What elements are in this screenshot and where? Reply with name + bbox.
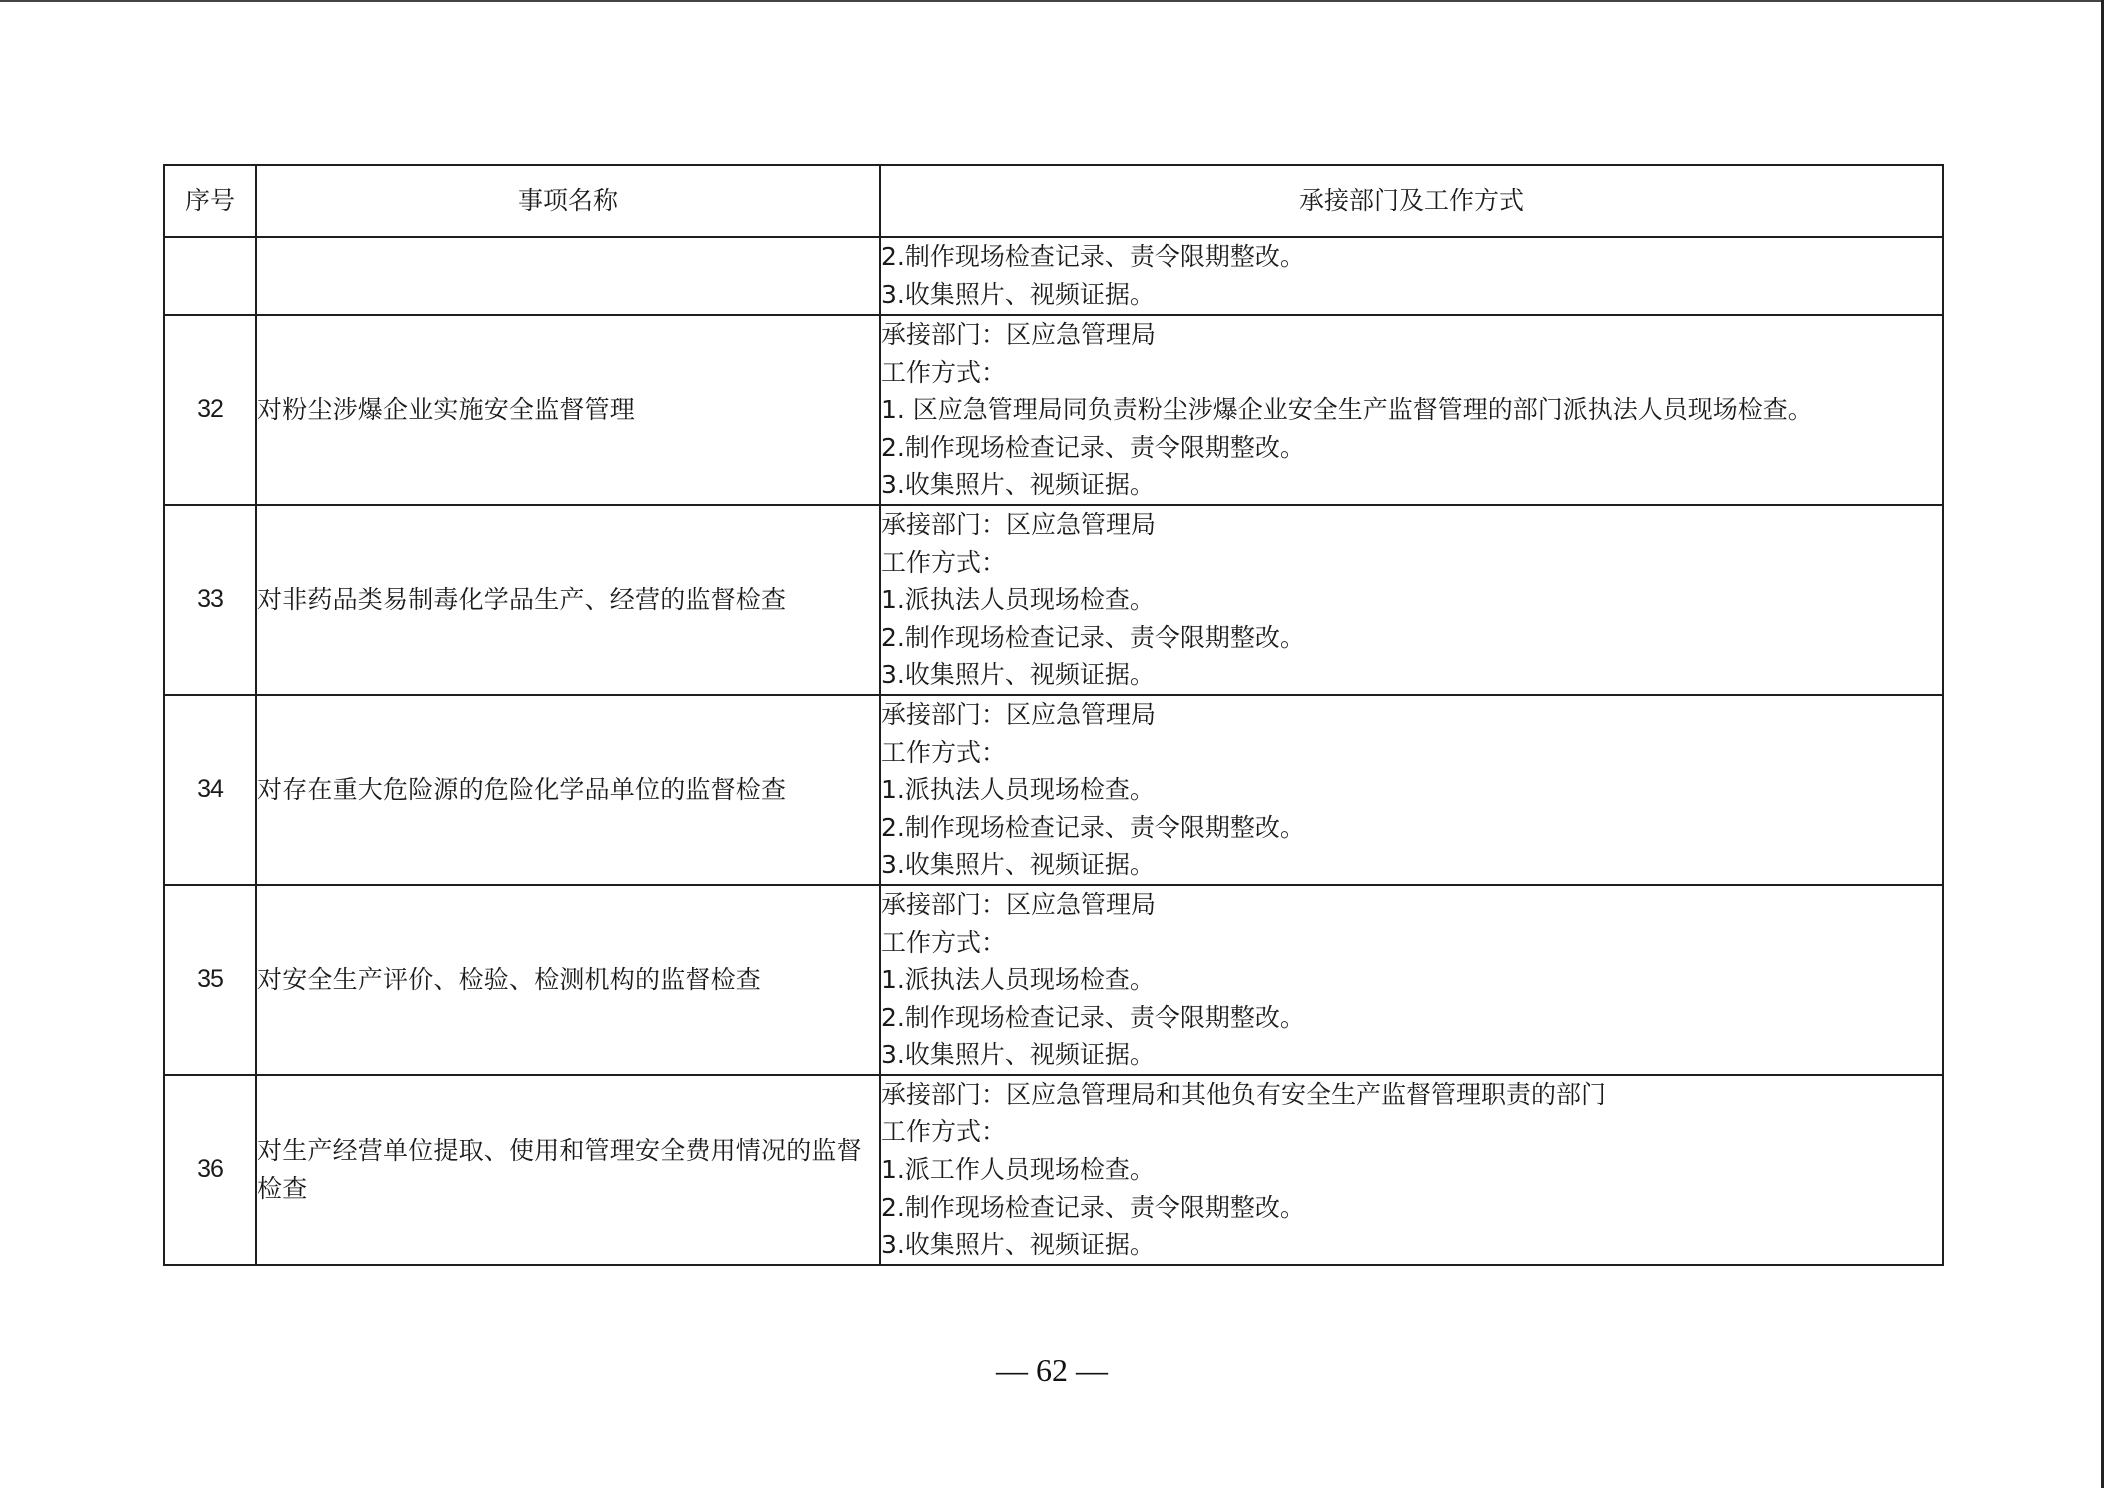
method-step-line: 3.收集照片、视频证据。 — [881, 846, 1942, 884]
cell-method: 承接部门：区应急管理局 工作方式： 1.派执法人员现场检查。 2.制作现场检查记… — [880, 695, 1943, 885]
method-step-line: 2.制作现场检查记录、责令限期整改。 — [881, 429, 1942, 467]
table-row: 33 对非药品类易制毒化学品生产、经营的监督检查 承接部门：区应急管理局 工作方… — [164, 505, 1943, 695]
method-step-line: 2.制作现场检查记录、责令限期整改。 — [881, 999, 1942, 1037]
table-row: 34 对存在重大危险源的危险化学品单位的监督检查 承接部门：区应急管理局 工作方… — [164, 695, 1943, 885]
method-department-line: 承接部门：区应急管理局 — [881, 886, 1942, 924]
header-name: 事项名称 — [256, 165, 880, 237]
table-row: 32 对粉尘涉爆企业实施安全监督管理 承接部门：区应急管理局 工作方式： 1. … — [164, 315, 1943, 505]
table-row-continuation: 2.制作现场检查记录、责令限期整改。 3.收集照片、视频证据。 — [164, 237, 1943, 315]
method-label-line: 工作方式： — [881, 354, 1942, 392]
method-step-line: 1.派工作人员现场检查。 — [881, 1151, 1942, 1189]
method-department-line: 承接部门：区应急管理局 — [881, 696, 1942, 734]
method-label-line: 工作方式： — [881, 924, 1942, 962]
method-label-line: 工作方式： — [881, 734, 1942, 772]
cell-name: 对粉尘涉爆企业实施安全监督管理 — [256, 315, 880, 505]
cell-seq: 36 — [164, 1075, 256, 1265]
page-top-edge — [0, 0, 2104, 2]
header-seq: 序号 — [164, 165, 256, 237]
cell-method: 承接部门：区应急管理局 工作方式： 1. 区应急管理局同负责粉尘涉爆企业安全生产… — [880, 315, 1943, 505]
table-header-row: 序号 事项名称 承接部门及工作方式 — [164, 165, 1943, 237]
method-label-line: 工作方式： — [881, 544, 1942, 582]
method-step-line: 2.制作现场检查记录、责令限期整改。 — [881, 1189, 1942, 1227]
method-line: 3.收集照片、视频证据。 — [881, 276, 1942, 314]
method-department-line: 承接部门：区应急管理局和其他负有安全生产监督管理职责的部门 — [881, 1076, 1942, 1114]
cell-seq — [164, 237, 256, 315]
method-step-line: 1. 区应急管理局同负责粉尘涉爆企业安全生产监督管理的部门派执法人员现场检查。 — [881, 391, 1942, 429]
cell-method: 承接部门：区应急管理局 工作方式： 1.派执法人员现场检查。 2.制作现场检查记… — [880, 885, 1943, 1075]
method-step-line: 3.收集照片、视频证据。 — [881, 1036, 1942, 1074]
cell-name: 对非药品类易制毒化学品生产、经营的监督检查 — [256, 505, 880, 695]
page-number: — 62 — — [0, 1352, 2104, 1389]
method-department-line: 承接部门：区应急管理局 — [881, 316, 1942, 354]
cell-method: 承接部门：区应急管理局 工作方式： 1.派执法人员现场检查。 2.制作现场检查记… — [880, 505, 1943, 695]
cell-name: 对生产经营单位提取、使用和管理安全费用情况的监督检查 — [256, 1075, 880, 1265]
cell-name: 对存在重大危险源的危险化学品单位的监督检查 — [256, 695, 880, 885]
cell-name — [256, 237, 880, 315]
method-step-line: 3.收集照片、视频证据。 — [881, 1226, 1942, 1264]
header-method: 承接部门及工作方式 — [880, 165, 1943, 237]
method-label-line: 工作方式： — [881, 1113, 1942, 1151]
method-step-line: 1.派执法人员现场检查。 — [881, 771, 1942, 809]
method-step-line: 2.制作现场检查记录、责令限期整改。 — [881, 619, 1942, 657]
cell-method: 2.制作现场检查记录、责令限期整改。 3.收集照片、视频证据。 — [880, 237, 1943, 315]
method-step-line: 3.收集照片、视频证据。 — [881, 656, 1942, 694]
method-step-line: 3.收集照片、视频证据。 — [881, 466, 1942, 504]
cell-method: 承接部门：区应急管理局和其他负有安全生产监督管理职责的部门 工作方式： 1.派工… — [880, 1075, 1943, 1265]
cell-seq: 33 — [164, 505, 256, 695]
cell-seq: 32 — [164, 315, 256, 505]
items-table: 序号 事项名称 承接部门及工作方式 2.制作现场检查记录、责令限期整改。 3.收… — [163, 164, 1944, 1266]
table-row: 36 对生产经营单位提取、使用和管理安全费用情况的监督检查 承接部门：区应急管理… — [164, 1075, 1943, 1265]
method-step-line: 1.派执法人员现场检查。 — [881, 961, 1942, 999]
cell-seq: 34 — [164, 695, 256, 885]
table-row: 35 对安全生产评价、检验、检测机构的监督检查 承接部门：区应急管理局 工作方式… — [164, 885, 1943, 1075]
method-department-line: 承接部门：区应急管理局 — [881, 506, 1942, 544]
cell-seq: 35 — [164, 885, 256, 1075]
method-step-line: 2.制作现场检查记录、责令限期整改。 — [881, 809, 1942, 847]
cell-name: 对安全生产评价、检验、检测机构的监督检查 — [256, 885, 880, 1075]
method-line: 2.制作现场检查记录、责令限期整改。 — [881, 238, 1942, 276]
method-step-line: 1.派执法人员现场检查。 — [881, 581, 1942, 619]
